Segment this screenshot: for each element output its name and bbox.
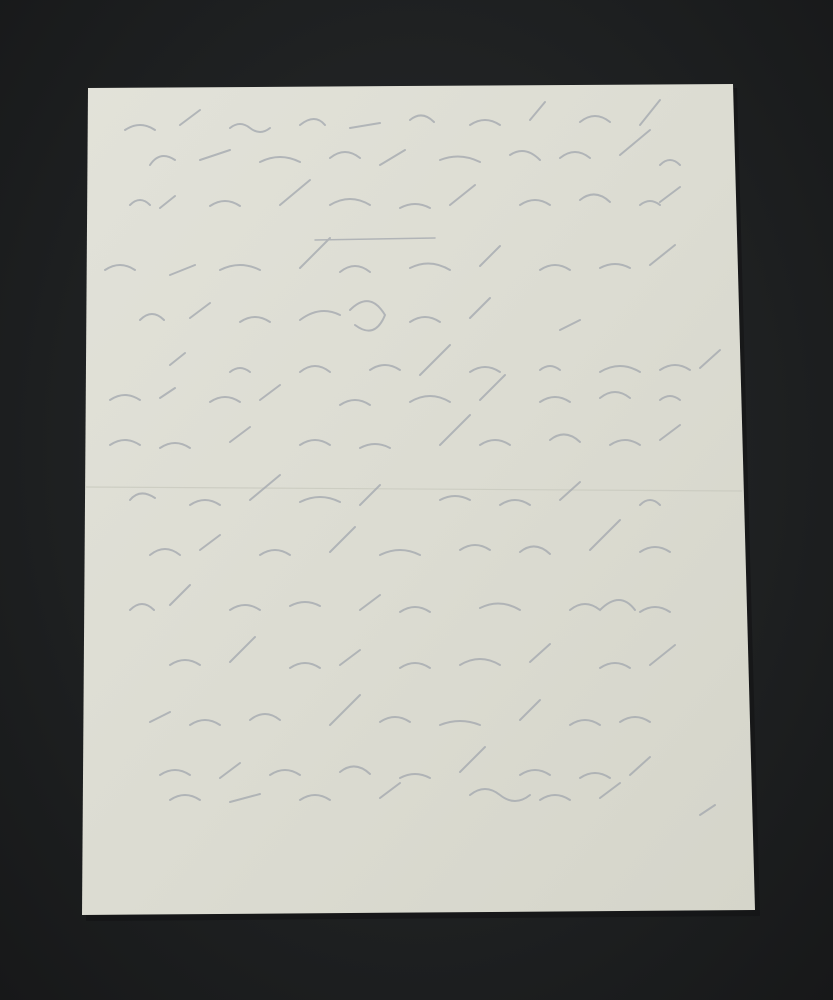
letter-paper-graphic — [0, 0, 833, 1000]
paper — [82, 84, 755, 915]
letter-sheet — [0, 0, 833, 1000]
